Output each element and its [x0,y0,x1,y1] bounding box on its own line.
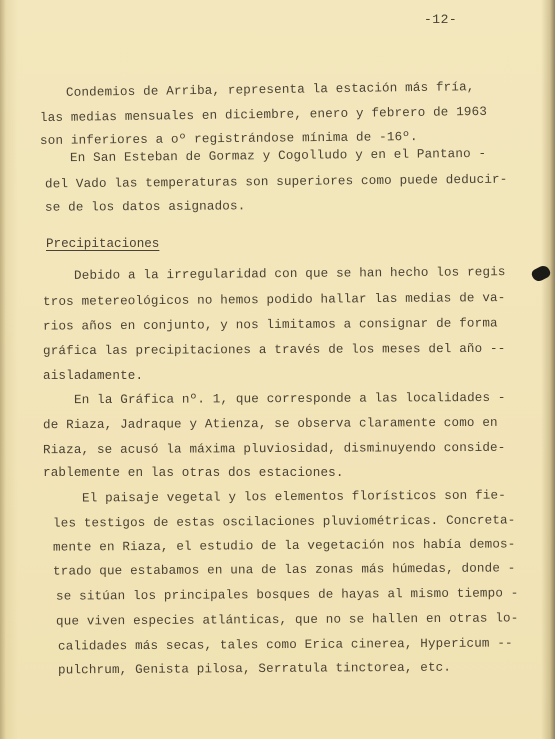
paragraph-line: tros metereológicos no hemos podido hall… [43,292,506,309]
paragraph-line: rios años en conjunto, y nos limitamos a… [43,317,498,333]
paragraph-line: rablemente en las otras dos estaciones. [43,467,344,480]
paragraph-line: gráfica las precipitaciones a través de … [43,343,506,358]
show-through-text [220,248,227,262]
ink-blot-mark [530,264,552,284]
paragraph-line: del Vado las temperaturas son superiores… [45,174,508,191]
paragraph-line: les testigos de estas oscilaciones pluvi… [53,514,516,530]
paragraph-line: Debido a la irregularidad con que se han… [74,266,506,282]
paragraph-line: de Riaza, Jadraque y Atienza, se observa… [43,417,498,432]
page-number: -12- [424,12,457,27]
paragraph-line: mente en Riaza, el estudio de la vegetac… [53,538,516,554]
scanned-page: -12- Condemios de Arriba, representa la … [0,0,555,739]
paragraph-line: son inferiores a oº registrándose mínima… [40,131,418,148]
paragraph-line: El paisaje vegetal y los elementos florí… [82,490,506,506]
paragraph-line: las medias mensuales en diciembre, enero… [40,106,487,125]
paragraph-line: calidades más secas, tales como Erica ci… [58,637,513,653]
paragraph-line: que viven especies atlánticas, que no se… [56,612,519,628]
paragraph-line: se de los datos asignados. [45,200,245,214]
paragraph-line: En San Esteban de Gormaz y Cogolludo y e… [70,148,486,165]
paragraph-line: se sitúan los principales bosques de hay… [56,587,519,603]
section-heading: Precipitaciones [46,237,159,251]
paragraph-line: Riaza, se acusó la máxima pluviosidad, d… [43,442,506,457]
paragraph-line: Condemios de Arriba, representa la estac… [66,81,475,99]
paragraph-line: trado que estabamos en una de las zonas … [53,562,516,578]
paragraph-line: aisladamente. [43,370,143,383]
paragraph-line: pulchrum, Genista pilosa, Serratula tinc… [58,662,451,677]
paragraph-line: En la Gráfica nº. 1, que corresponde a l… [74,392,506,407]
